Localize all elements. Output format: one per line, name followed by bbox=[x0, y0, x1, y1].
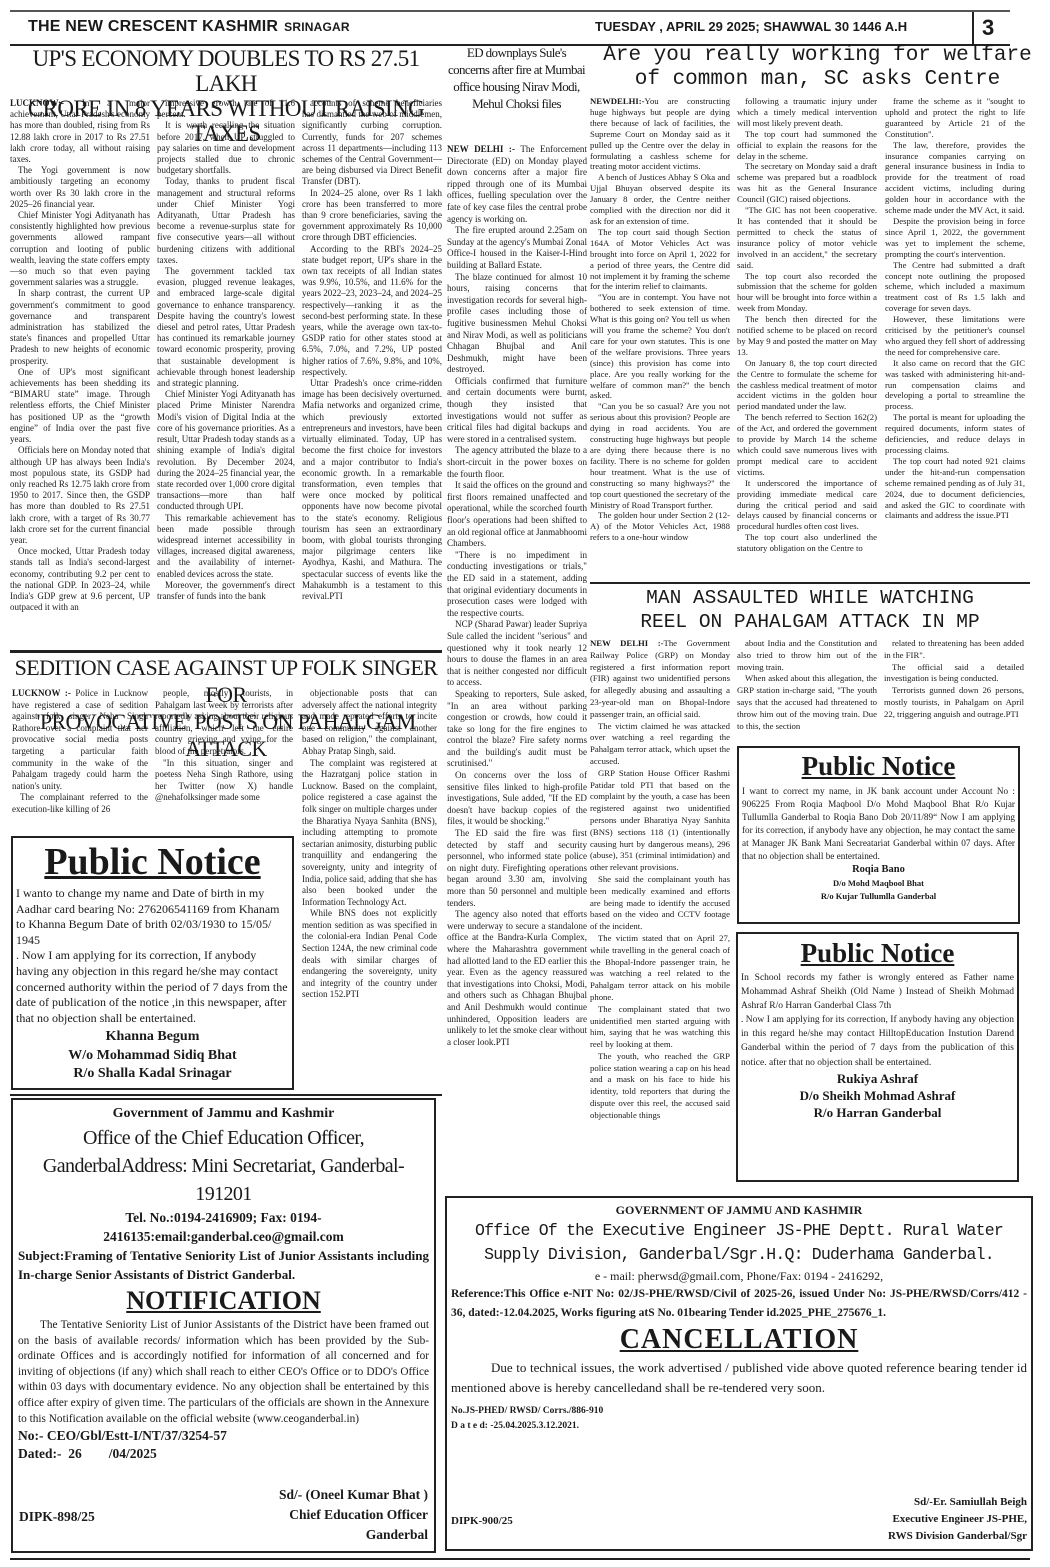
page-number: 3 bbox=[972, 12, 994, 44]
city-label: SRINAGAR bbox=[284, 20, 350, 34]
article-sc-welfare: Are you really working for welfare of co… bbox=[590, 44, 1045, 584]
paragraph: She said the complainant youth has been … bbox=[590, 874, 730, 933]
paragraph: The youth, who reached the GRP police st… bbox=[590, 1051, 730, 1122]
headline: ED downplays Sule's concerns after fire … bbox=[445, 44, 588, 112]
paragraph: Moreover, the government's direct transf… bbox=[157, 580, 295, 602]
sedition-column-3: objectionable posts that can adversely a… bbox=[302, 688, 437, 1001]
paragraph: following a traumatic injury under which… bbox=[737, 96, 877, 129]
headline: Are you really working for welfare of co… bbox=[590, 44, 1045, 92]
column-1: NEWDELHI:-You are constructing huge high… bbox=[590, 96, 730, 543]
paragraph: The fire erupted around 2.25am on Sunday… bbox=[447, 225, 587, 271]
sedition-column-2: people, mostly tourists, in Pahalgam las… bbox=[155, 688, 293, 804]
signature-block: Sd/-Er. Samiullah Beigh Executive Engine… bbox=[888, 1494, 1027, 1545]
paragraph: The top court also underlined the statut… bbox=[737, 532, 877, 554]
paragraph: "Can you be so casual? Are you not serio… bbox=[590, 401, 730, 510]
paragraph: NEWDELHI:-You are constructing huge high… bbox=[590, 96, 730, 172]
paragraph: According to the RBI's 2024–25 state bud… bbox=[302, 244, 442, 378]
notification-title: NOTIFICATION bbox=[18, 1284, 429, 1318]
paragraph: A bench of Justices Abhay S Oka and Ujja… bbox=[590, 172, 730, 227]
mp-column-3: related to threatening has been added in… bbox=[884, 638, 1024, 721]
paragraph: objectionable posts that can adversely a… bbox=[302, 688, 437, 758]
paragraph: This remarkable achievement has been mad… bbox=[157, 513, 295, 580]
phe-cancellation-notice: GOVERNMENT OF JAMMU AND KASHMIR Office O… bbox=[445, 1196, 1033, 1551]
order-number: No:- CEO/Gbl/Estt-I/NT/37/3254-57 bbox=[18, 1427, 429, 1445]
notice-title: Public Notice bbox=[738, 936, 1017, 970]
cancellation-body: Due to technical issues, the work advert… bbox=[451, 1358, 1027, 1398]
paragraph: about India and the Constitution and als… bbox=[737, 638, 877, 673]
paragraph: NEW DELHI :- The Enforcement Directorate… bbox=[447, 144, 587, 225]
paragraph: Chief Minister Yogi Adityanath has consi… bbox=[10, 210, 150, 288]
paragraph: In 2024–25 alone, over Rs 1 lakh crore h… bbox=[302, 188, 442, 244]
paragraph: However, these limitations were criticis… bbox=[885, 314, 1025, 358]
paragraph: The complaint was registered at the Hazr… bbox=[302, 758, 437, 909]
notice-title: Public Notice bbox=[13, 840, 292, 884]
divider bbox=[10, 1094, 442, 1096]
paragraph: The Yogi government is now ambitiously t… bbox=[10, 165, 150, 210]
office-name: Office Of the Executive Engineer JS-PHE … bbox=[451, 1219, 1027, 1267]
paragraph: While BNS does not explicitly mention se… bbox=[302, 908, 437, 1001]
paragraph: The agency attributed the blaze to a sho… bbox=[447, 445, 587, 480]
signature-block: Sd/- (Oneel Kumar Bhat ) Chief Education… bbox=[279, 1485, 428, 1545]
article-ed-fire: ED downplays Sule's concerns after fire … bbox=[445, 44, 588, 1184]
notice-body: I want to correct my name, in JK bank ac… bbox=[739, 783, 1018, 863]
paragraph: It is worth recalling the situation befo… bbox=[157, 120, 295, 176]
mp-column-2: about India and the Constitution and als… bbox=[737, 638, 877, 732]
paragraph: The law, therefore, provides the insuran… bbox=[885, 140, 1025, 216]
notice-signature: Rukiya Ashraf D/o Sheikh Mohmad Ashraf R… bbox=[738, 1070, 1017, 1121]
bottom-rule bbox=[10, 1558, 1030, 1560]
paragraph: Today, thanks to prudent fiscal manageme… bbox=[157, 176, 295, 266]
paragraph: The complainant referred to the executio… bbox=[12, 792, 148, 815]
paragraph: Despite the provision being in force sin… bbox=[885, 216, 1025, 260]
notification-body: The Tentative Seniority List of Junior A… bbox=[18, 1318, 429, 1427]
issue-date: TUESDAY , APRIL 29 2025; SHAWWAL 30 1446… bbox=[595, 19, 907, 34]
paragraph: Officials here on Monday noted that alth… bbox=[10, 445, 150, 546]
notice-body: I wanto to change my name and Date of bi… bbox=[13, 884, 292, 1026]
dipk-number: DIPK-898/25 bbox=[19, 1509, 95, 1525]
contact-info: e - mail: pherwsd@gmail.com, Phone/Fax: … bbox=[451, 1267, 1027, 1285]
paragraph: The secretary on Monday said a draft sch… bbox=[737, 161, 877, 205]
paragraph: Uttar Pradesh's once crime-ridden image … bbox=[302, 378, 442, 602]
paragraph: "You are in contempt. You have not bothe… bbox=[590, 292, 730, 401]
paper-name: THE NEW CRESCENT KASHMIRSRINAGAR bbox=[28, 18, 350, 36]
contact-info: Tel. No.:0194-2416909; Fax: 0194- 241613… bbox=[18, 1208, 429, 1246]
paragraph: The top court also recorded the submissi… bbox=[737, 271, 877, 315]
divider bbox=[10, 650, 442, 653]
paragraph: The golden hour under Section 2 (12-A) o… bbox=[590, 510, 730, 543]
reference: Reference:This Office e-NIT No: 02/JS-PH… bbox=[451, 1285, 1027, 1322]
paragraph: When asked about this allegation, the GR… bbox=[737, 673, 877, 732]
paragraph: "The GIC has not been cooperative. It ha… bbox=[737, 205, 877, 270]
paragraph: The bench referred to Section 162(2) of … bbox=[737, 412, 877, 477]
paragraph: The government tackled tax evasion, plug… bbox=[157, 266, 295, 389]
paragraph: The top court said though Section 164A o… bbox=[590, 227, 730, 292]
paragraph: The official said a detailed investigati… bbox=[884, 662, 1024, 686]
paragraph: One of UP's most significant achievement… bbox=[10, 367, 150, 445]
sedition-column-1: LUCKNOW :- Police in Lucknow have regist… bbox=[12, 688, 148, 816]
paragraph: Once mocked, Uttar Pradesh today stands … bbox=[10, 546, 150, 613]
paragraph: "There is no impediment in conducting in… bbox=[447, 550, 587, 620]
public-notice-khanna-begum: Public Notice I wanto to change my name … bbox=[11, 836, 294, 1090]
notice-signature: Roqia Bano D/o Mohd Maqbool Bhat R/o Kuj… bbox=[739, 863, 1018, 904]
column-2: impressive growth rate of 11.6 percent.I… bbox=[157, 98, 295, 602]
paragraph: NEW DELHI :-The Government Railway Polic… bbox=[590, 638, 730, 721]
paragraph: frame the scheme as it "sought to uphold… bbox=[885, 96, 1025, 140]
paragraph: The victim stated that on April 27, whil… bbox=[590, 933, 730, 1004]
paragraph: On concerns over the loss of sensitive f… bbox=[447, 770, 587, 828]
office-name: Office of the Chief Education Officer, G… bbox=[18, 1124, 429, 1208]
paragraph: Officials confirmed that furniture and c… bbox=[447, 376, 587, 446]
paragraph: "In this situation, singer and poetess N… bbox=[155, 758, 293, 804]
cancellation-title: CANCELLATION bbox=[451, 1322, 1027, 1358]
paragraph: GRP Station House Officer Rashmi Patidar… bbox=[590, 768, 730, 874]
column-1: LUCKNOW:- In a major achievement, Uttar … bbox=[10, 98, 150, 613]
paragraph: It underscored the importance of providi… bbox=[737, 478, 877, 533]
paragraph: impressive growth rate of 11.6 percent. bbox=[157, 98, 295, 120]
notice-title: Public Notice bbox=[739, 750, 1018, 783]
masthead: THE NEW CRESCENT KASHMIRSRINAGAR TUESDAY… bbox=[10, 10, 1010, 46]
notice-body: In School records my father is wrongly e… bbox=[738, 970, 1017, 1070]
column-3: accounts of scheme beneficiaries has dis… bbox=[302, 98, 442, 602]
paragraph: The agency also noted that efforts were … bbox=[447, 909, 587, 1048]
ceo-notification: Government of Jammu and Kashmir Office o… bbox=[11, 1098, 436, 1553]
paragraph: Chief Minister Yogi Adityanath has place… bbox=[157, 389, 295, 512]
public-notice-rukiya-ashraf: Public Notice In School records my fathe… bbox=[736, 932, 1019, 1182]
public-notice-roqia-bano: Public Notice I want to correct my name,… bbox=[737, 746, 1020, 924]
headline: MAN ASSAULTED WHILE WATCHING REEL ON PAH… bbox=[590, 586, 1030, 634]
govt-line: Government of Jammu and Kashmir bbox=[18, 1104, 429, 1124]
paragraph: people, mostly tourists, in Pahalgam las… bbox=[155, 688, 293, 758]
column-3: frame the scheme as it "sought to uphold… bbox=[885, 96, 1025, 521]
paragraph: LUCKNOW :- Police in Lucknow have regist… bbox=[12, 688, 148, 792]
paragraph: The victim claimed he was attacked over … bbox=[590, 721, 730, 768]
paragraph: The blaze continued for almost 10 hours,… bbox=[447, 272, 587, 376]
paragraph: The top court had summoned the official … bbox=[737, 129, 877, 162]
paragraph: Terrorists gunned down 26 persons, mostl… bbox=[884, 685, 1024, 720]
paragraph: related to threatening has been added in… bbox=[884, 638, 1024, 662]
dipk-number: DIPK-900/25 bbox=[451, 1515, 513, 1527]
paragraph: It said the offices on the ground and fi… bbox=[447, 480, 587, 550]
paragraph: In sharp contrast, the current UP govern… bbox=[10, 288, 150, 366]
divider bbox=[590, 582, 1030, 584]
article-up-economy: UP'S ECONOMY DOUBLES TO RS 27.51 LAKH CR… bbox=[10, 46, 442, 650]
paragraph: The top court had noted 921 claims under… bbox=[885, 456, 1025, 521]
paragraph: The portal is meant for uploading the re… bbox=[885, 412, 1025, 456]
paragraph: The Centre had submitted a draft concept… bbox=[885, 260, 1025, 315]
paragraph: Speaking to reporters, Sule asked, "In a… bbox=[447, 689, 587, 770]
paragraph: The complainant stated that two unidenti… bbox=[590, 1004, 730, 1051]
subject: Subject:Framing of Tentative Seniority L… bbox=[18, 1246, 429, 1284]
paragraph: The bench then directed for the notified… bbox=[737, 314, 877, 358]
order-date: D a t e d: -25.04.2025.3.12.2021. bbox=[451, 1419, 1027, 1434]
paragraph: accounts of scheme beneficiaries has dis… bbox=[302, 98, 442, 188]
order-date: Dated:- 26 /04/2025 bbox=[18, 1445, 429, 1463]
column-1: NEW DELHI :- The Enforcement Directorate… bbox=[447, 144, 587, 1048]
paragraph: The ED said the fire was first detected … bbox=[447, 828, 587, 909]
paragraph: LUCKNOW:- In a major achievement, Uttar … bbox=[10, 98, 150, 165]
mp-column-1: NEW DELHI :-The Government Railway Polic… bbox=[590, 638, 730, 1122]
column-2: following a traumatic injury under which… bbox=[737, 96, 877, 554]
paragraph: NCP (Sharad Pawar) leader Supriya Sule c… bbox=[447, 619, 587, 689]
notice-signature: Khanna Begum W/o Mohammad Sidiq Bhat R/o… bbox=[13, 1028, 292, 1084]
paragraph: On January 8, the top court directed the… bbox=[737, 358, 877, 413]
paragraph: It also came on record that the GIC was … bbox=[885, 358, 1025, 413]
govt-line: GOVERNMENT OF JAMMU AND KASHMIR bbox=[451, 1201, 1027, 1219]
order-number: No.JS-PHED/ RWSD/ Corrs./886-910 bbox=[451, 1404, 1027, 1419]
